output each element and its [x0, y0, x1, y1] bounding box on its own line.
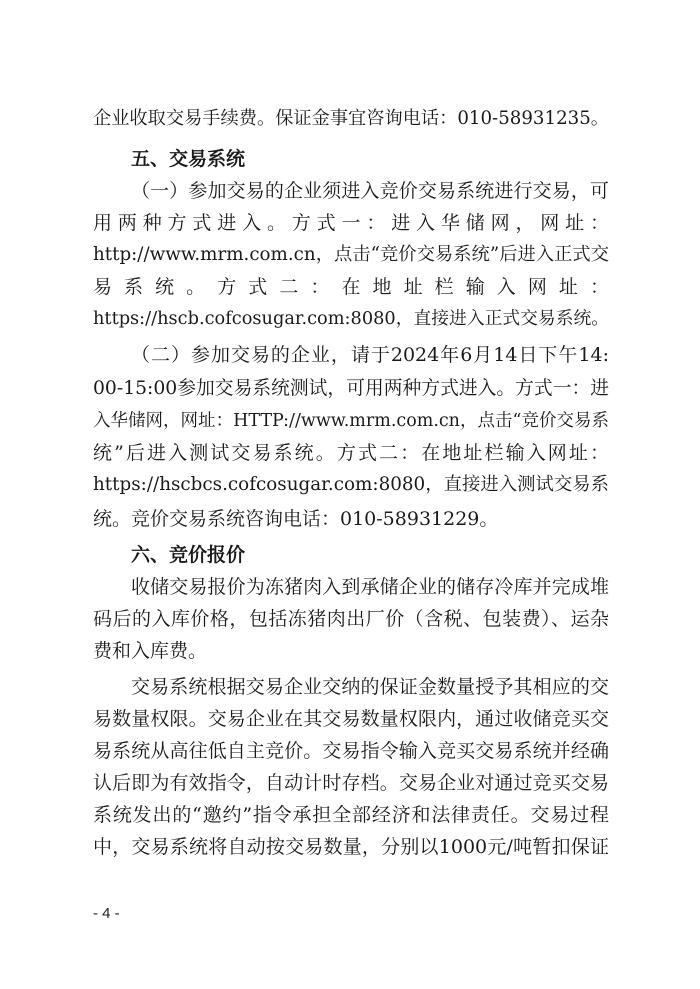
text-line: 系统发出的“邀约”指令承担全部经济和法律责任。交易过程 [93, 800, 609, 830]
text-line: 00-15:00参加交易系统测试，可用两种方式进入。方式一：进 [93, 374, 609, 404]
page-number: - 4 - [93, 905, 120, 922]
text-line: 统。竞价交易系统咨询电话：010-58931229。 [93, 504, 609, 534]
document-page: 企业收取交易手续费。保证金事宜咨询电话：010-58931235。五、交易系统（… [0, 0, 700, 989]
text-line: 费和入库费。 [93, 636, 609, 666]
section-heading: 五、交易系统 [93, 144, 609, 174]
text-line: 码后的入库价格，包括冻猪肉出厂价（含税、包装费）、运杂 [93, 604, 609, 634]
text-line: 统”后进入测试交易系统。方式二：在地址栏输入网址： [93, 438, 609, 468]
text-line: 易数量权限。交易企业在其交易数量权限内，通过收储竞买交 [93, 704, 609, 734]
section-heading: 六、竞价报价 [93, 540, 609, 570]
text-line: （一）参加交易的企业须进入竞价交易系统进行交易，可 [93, 176, 609, 206]
text-line: http://www.mrm.com.cn，点击“竞价交易系统”后进入正式交 [93, 240, 609, 270]
text-line: 用两种方式进入。方式一：进入华储网，网址： [93, 208, 609, 238]
text-line: 易系统。方式二：在地址栏输入网址： [93, 272, 609, 302]
text-line: 中，交易系统将自动按交易数量，分别以1000元/吨暂扣保证 [93, 832, 609, 862]
text-line: 认后即为有效指令，自动计时存档。交易企业对通过竞买交易 [93, 768, 609, 798]
text-line: 企业收取交易手续费。保证金事宜咨询电话：010-58931235。 [93, 104, 609, 134]
text-line: https://hscbcs.cofcosugar.com:8080，直接进入测… [93, 470, 609, 500]
text-line: https://hscb.cofcosugar.com:8080，直接进入正式交… [93, 304, 609, 334]
text-line: 入华储网，网址：HTTP://www.mrm.com.cn，点击“竞价交易系 [93, 406, 609, 436]
text-line: 交易系统根据交易企业交纳的保证金数量授予其相应的交 [93, 672, 609, 702]
text-line: 易系统从高往低自主竞价。交易指令输入竞买交易系统并经确 [93, 736, 609, 766]
text-line: 收储交易报价为冻猪肉入到承储企业的储存冷库并完成堆 [93, 572, 609, 602]
text-line: （二）参加交易的企业，请于2024年6月14日下午14: [93, 340, 609, 370]
